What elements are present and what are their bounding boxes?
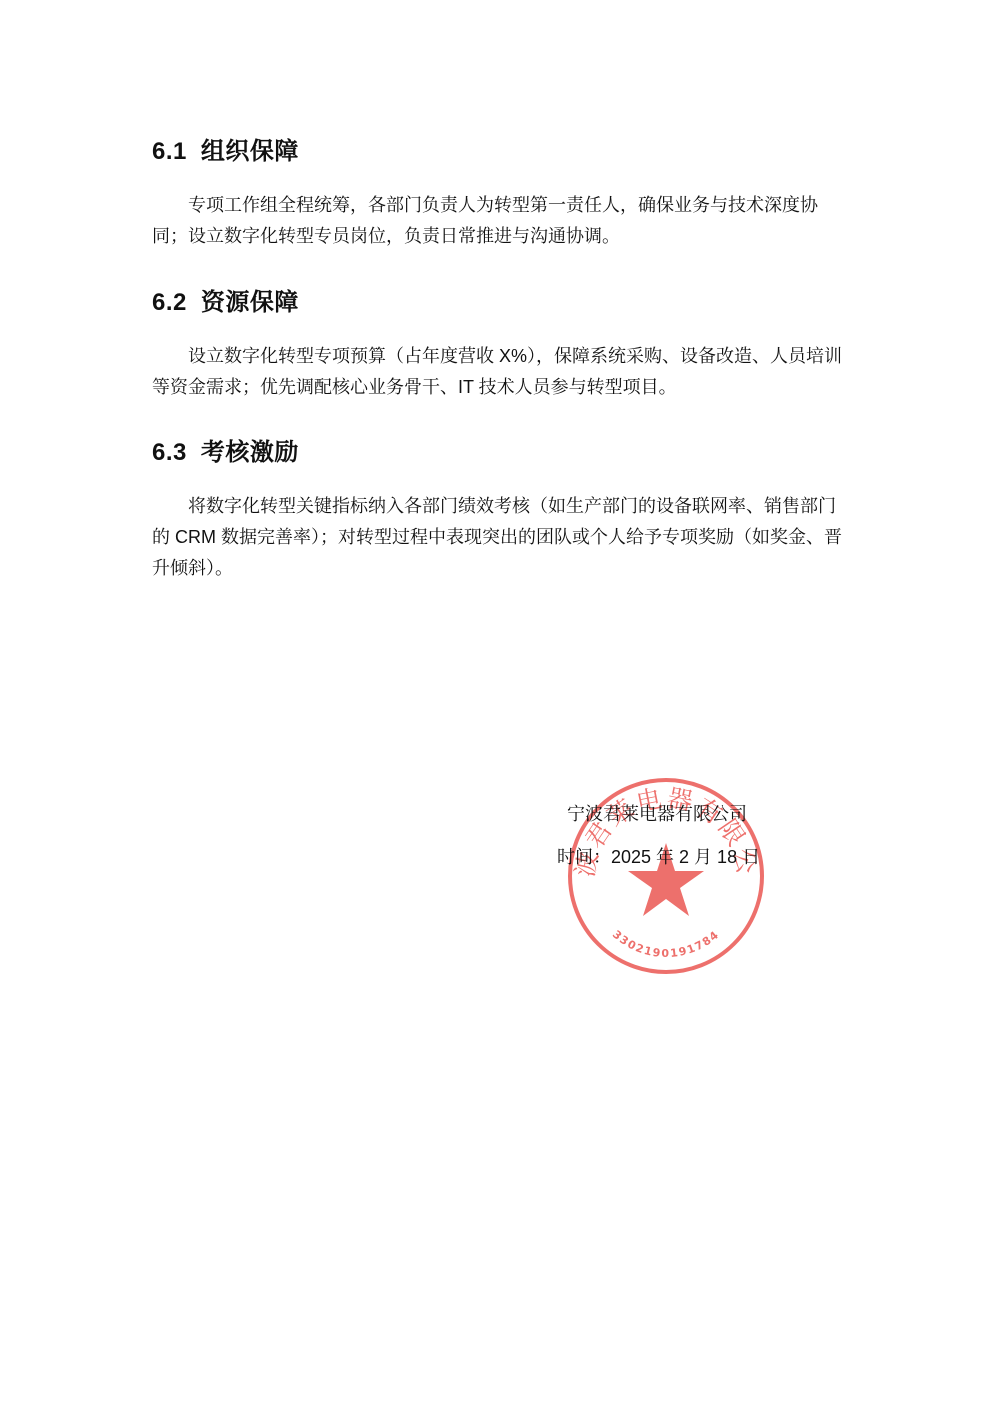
section-heading: 6.1组织保障 [152, 131, 852, 166]
section-number: 6.1 [152, 138, 187, 165]
signature-date: 时间：2025 年 2 月 18 日 [557, 843, 760, 869]
section-paragraph: 设立数字化转型专项预算（占年度营收 X%），保障系统采购、设备改造、人员培训等资… [152, 341, 852, 403]
section-organization: 6.1组织保障 专项工作组全程统筹，各部门负责人为转型第一责任人，确保业务与技术… [152, 131, 852, 252]
document-page: 6.1组织保障 专项工作组全程统筹，各部门负责人为转型第一责任人，确保业务与技术… [0, 0, 1000, 1414]
section-heading: 6.2资源保障 [152, 282, 852, 317]
section-number: 6.2 [152, 289, 187, 316]
section-title: 资源保障 [201, 289, 299, 316]
section-number: 6.3 [152, 439, 187, 466]
section-assessment: 6.3考核激励 将数字化转型关键指标纳入各部门绩效考核（如生产部门的设备联网率、… [152, 432, 852, 584]
seal-code: 3302190191784 [610, 928, 722, 960]
section-title: 考核激励 [201, 439, 299, 466]
company-name: 宁波君莱电器有限公司 [567, 800, 747, 826]
section-resources: 6.2资源保障 设立数字化转型专项预算（占年度营收 X%），保障系统采购、设备改… [152, 282, 852, 403]
section-title: 组织保障 [201, 138, 299, 165]
section-paragraph: 将数字化转型关键指标纳入各部门绩效考核（如生产部门的设备联网率、销售部门的 CR… [152, 491, 852, 584]
section-paragraph: 专项工作组全程统筹，各部门负责人为转型第一责任人，确保业务与技术深度协同；设立数… [152, 190, 852, 252]
section-heading: 6.3考核激励 [152, 432, 852, 467]
